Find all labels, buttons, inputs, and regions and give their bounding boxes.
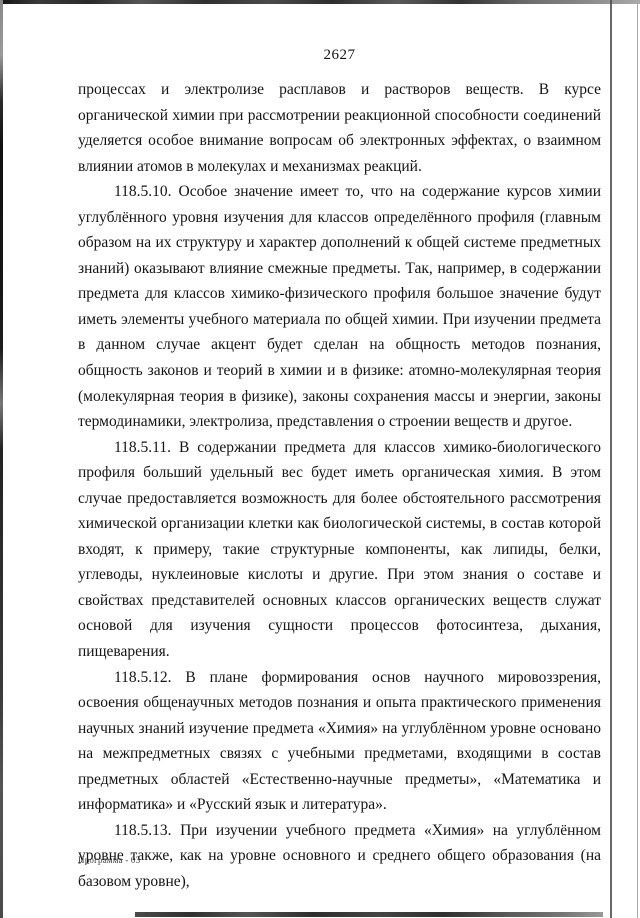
- document-body: процессах и электролизе расплавов и раст…: [78, 77, 601, 895]
- scan-artifact-right-edge: [637, 0, 638, 918]
- scan-artifact-top-edge: [0, 0, 640, 4]
- page-footer-label: Программа - 03: [78, 855, 140, 865]
- scan-artifact-right-line: [610, 0, 612, 918]
- paragraph: 118.5.13. При изучении учебного предмета…: [78, 818, 601, 895]
- paragraph: 118.5.12. В плане формирования основ нау…: [78, 665, 601, 818]
- page-number: 2627: [78, 47, 601, 64]
- paragraph: процессах и электролизе расплавов и раст…: [78, 77, 601, 179]
- scan-artifact-bottom-edge: [135, 912, 603, 917]
- scan-artifact-left-edge: [0, 0, 3, 918]
- paragraph: 118.5.11. В содержании предмета для клас…: [78, 435, 601, 665]
- paragraph: 118.5.10. Особое значение имеет то, что …: [78, 179, 601, 434]
